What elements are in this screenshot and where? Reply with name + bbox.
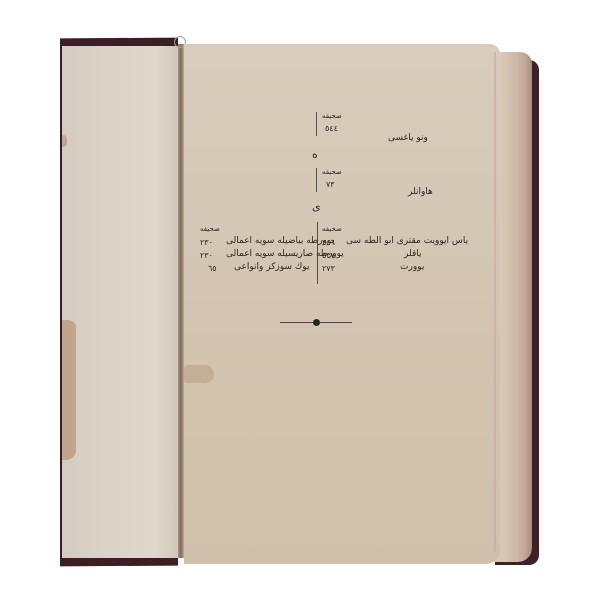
index-page <box>184 44 500 564</box>
page-number: ٢٣٠ <box>200 251 213 260</box>
page-number: ٦٥ <box>208 264 217 273</box>
column-header: صحیفه <box>322 112 342 120</box>
page-number: ٢٧٣ <box>322 264 335 273</box>
index-term: یوورطه صاریسیله سویه اعمالی <box>226 249 344 259</box>
column-header: صحیفه <box>322 225 342 233</box>
column-divider <box>316 112 317 136</box>
index-term: ونو یاغسی <box>388 133 428 143</box>
page-stain <box>184 365 214 383</box>
water-stain-small <box>62 135 67 147</box>
book-photo: صحیفه ٥٤٤ ونو یاغسی ه صحیفه ٧٣ هاوانلر ی… <box>0 0 600 600</box>
index-term: یاس ایوویت مقتری ابو الطه سی <box>346 236 468 246</box>
end-ornament-dot-icon <box>313 319 320 326</box>
page-number: ٢٣٠ <box>200 238 213 247</box>
page-number: ٥٤٤ <box>325 124 338 133</box>
section-letter: ی <box>312 200 321 213</box>
column-header: صحیفه <box>322 168 342 176</box>
index-term: یوك سوزکز وانواعی <box>234 262 309 272</box>
flyleaf-page <box>62 46 180 558</box>
column-divider <box>316 168 317 192</box>
index-term: هاوانلر <box>408 187 433 197</box>
index-term: یاقلر <box>404 249 422 259</box>
page-number: ٧٣ <box>326 180 335 189</box>
index-term: یوورطه بیاضیله سویه اعمالی <box>226 236 334 246</box>
column-header: صحیفه <box>200 225 220 233</box>
water-stain <box>62 320 76 460</box>
index-term: یوورت <box>400 262 424 272</box>
section-letter: ه <box>312 148 318 161</box>
